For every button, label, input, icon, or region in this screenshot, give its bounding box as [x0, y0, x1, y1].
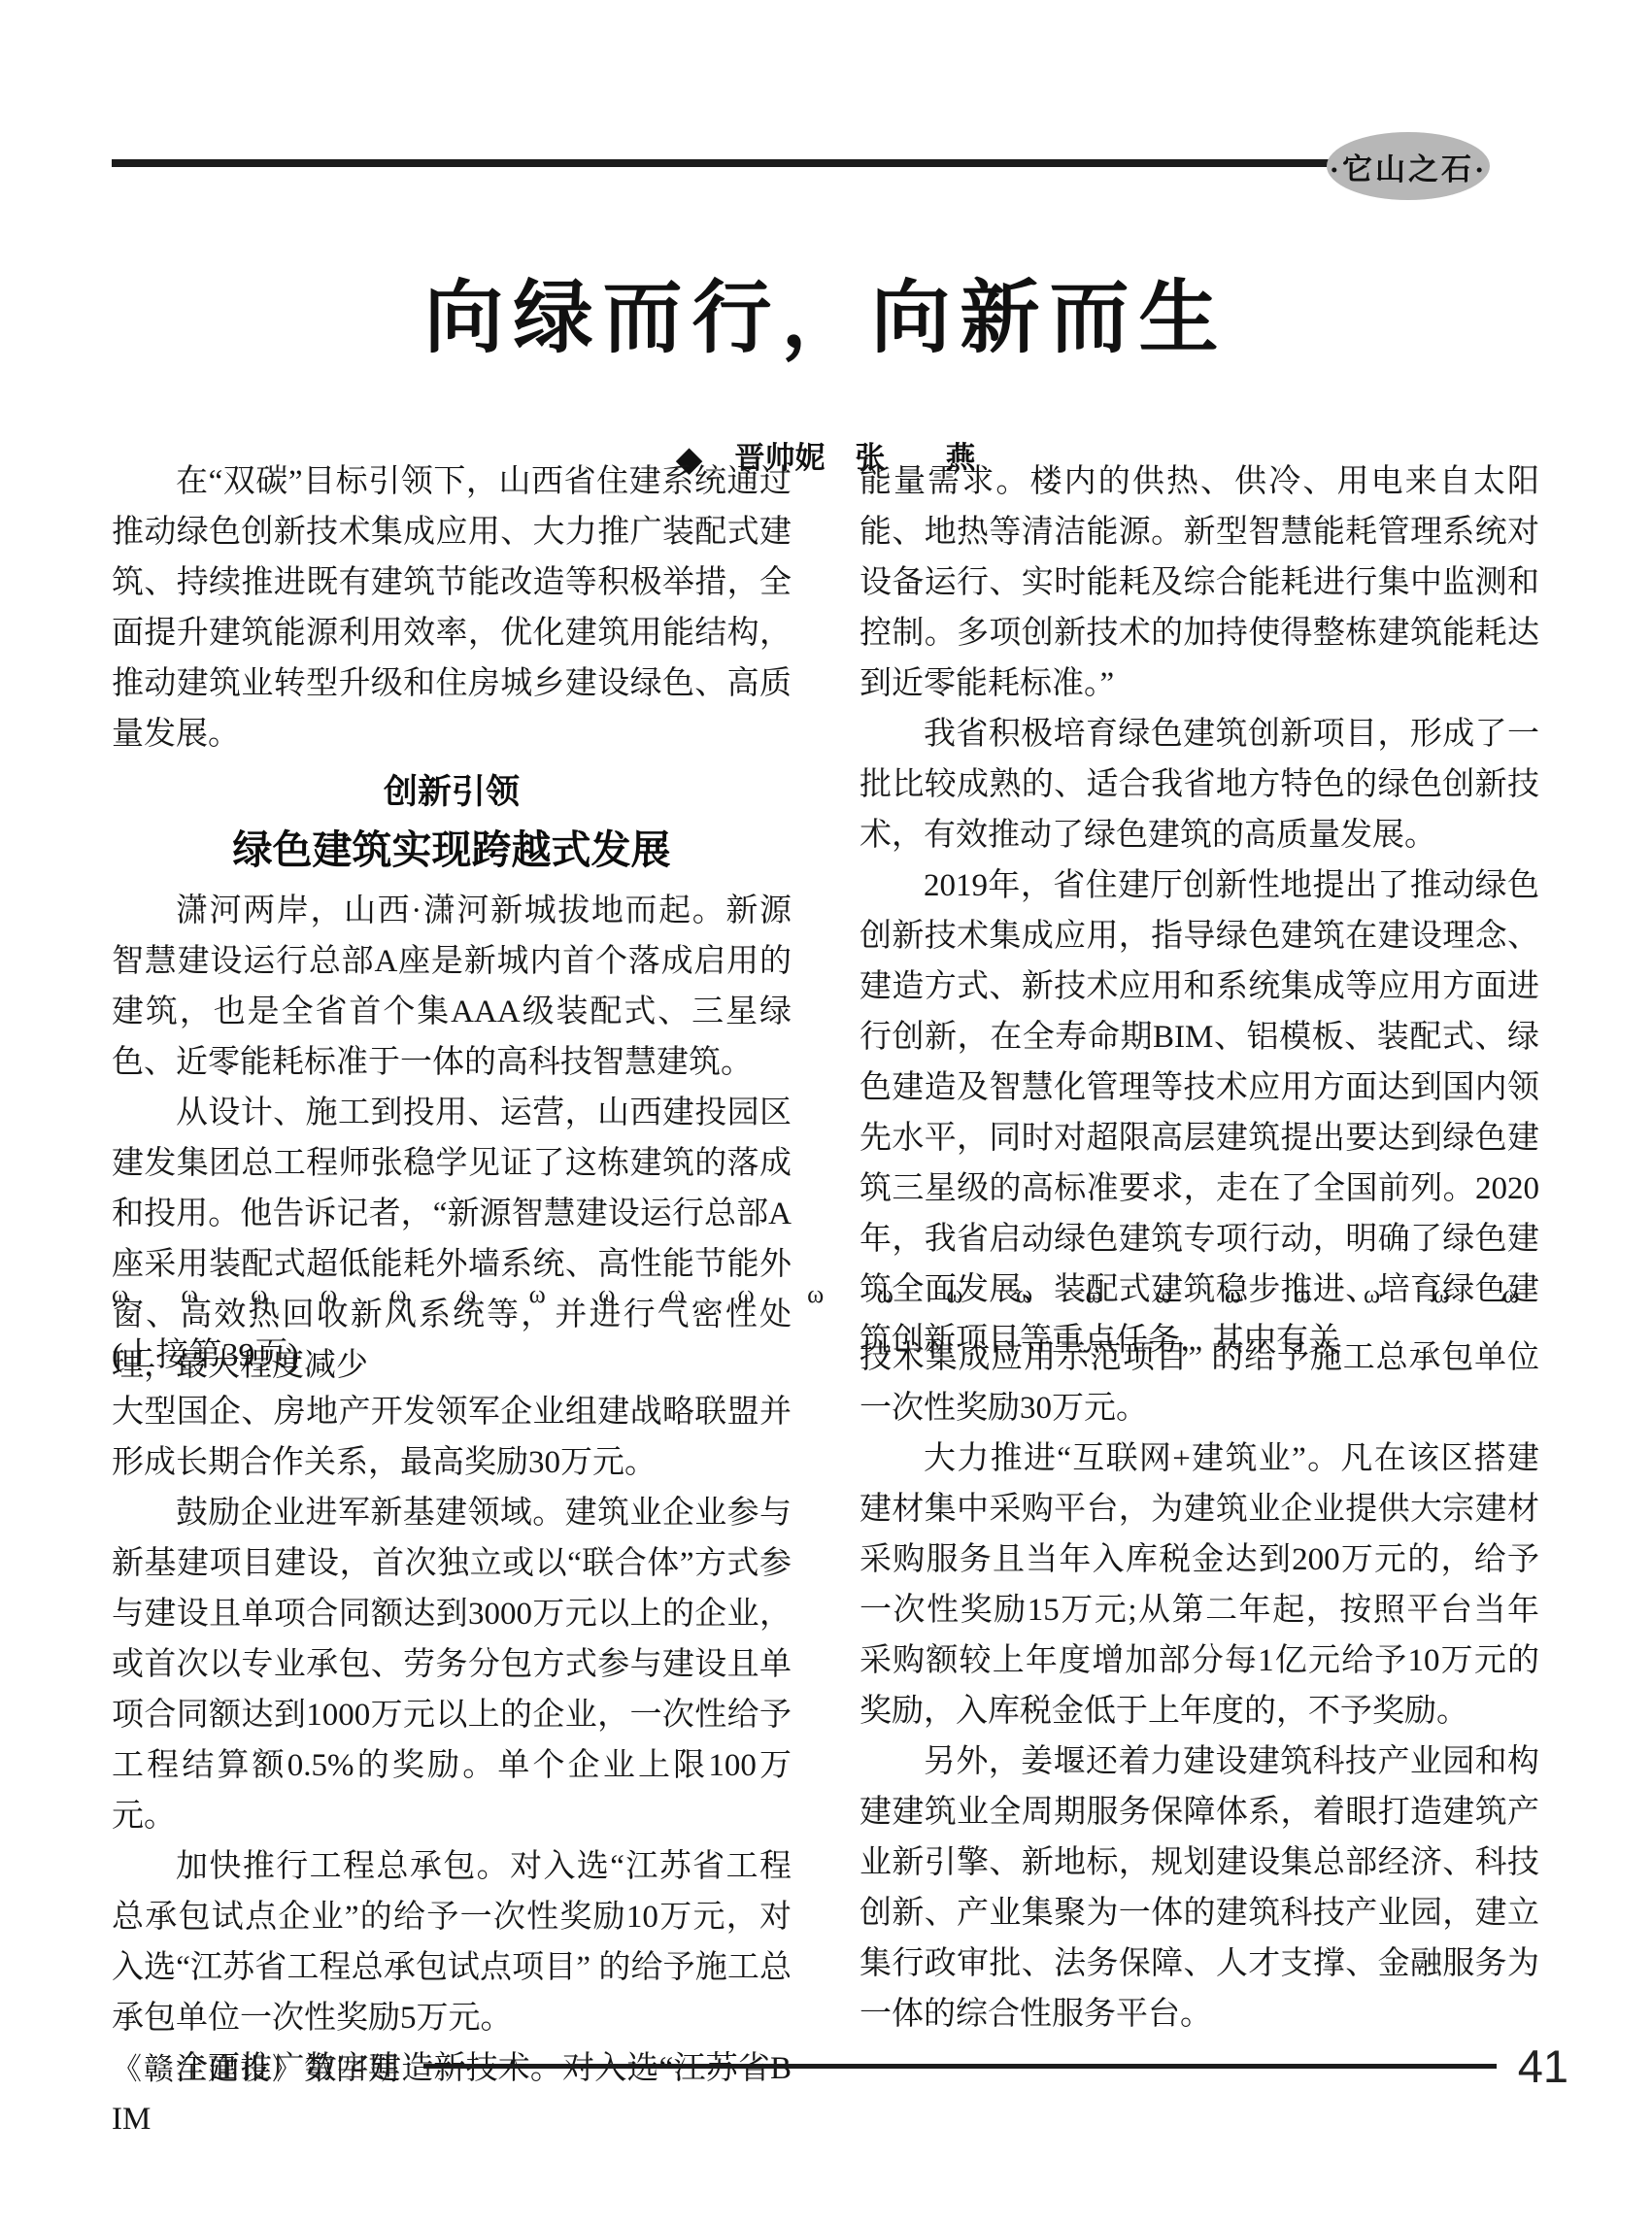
page-footer: 《赣江建设》第四期 41: [112, 2043, 1568, 2089]
paragraph: 另外，姜堰还着力建设建筑科技产业园和构建建筑业全周期服务保障体系，着眼打造建筑产…: [860, 1736, 1539, 2040]
page-number: 41: [1518, 2043, 1568, 2089]
paragraph: 大型国企、房地产开发领军企业组建战略联盟并形成长期合作关系，最高奖励30万元。: [112, 1387, 792, 1488]
paragraph: 大力推进“互联网+建筑业”。凡在该区搭建建材集中采购平台，为建筑业企业提供大宗建…: [860, 1433, 1539, 1736]
magazine-page: ·它山之石· 向绿而行，向新而生 ◆ 晋帅妮 张 燕 在“双碳”目标引领下，山西…: [0, 0, 1652, 2225]
section-badge: ·它山之石·: [1327, 132, 1490, 200]
footer-journal-title: 《赣江建设》第四期: [112, 2044, 400, 2088]
section-heading-big: 绿色建筑实现跨越式发展: [112, 820, 792, 880]
paragraph: 我省积极培育绿色建筑创新项目，形成了一批比较成熟的、适合我省地方特色的绿色创新技…: [860, 709, 1539, 860]
continuation-note: (上接第39页): [112, 1332, 792, 1379]
footer-rule: [423, 2064, 1497, 2069]
ornament-divider: ω ω ω ω ω ω ω ω ω ω ω ω ω ω ω ω ω ω ω ω …: [112, 1280, 1539, 1309]
paragraph: 加快推行工程总承包。对入选“江苏省工程总承包试点企业”的给予一次性奖励10万元，…: [112, 1841, 792, 2043]
bottom-right-column: 技术集成应用示范项目” 的给予施工总承包单位一次性奖励30万元。 大力推进“互联…: [860, 1332, 1539, 2144]
article-bottom-columns: (上接第39页) 大型国企、房地产开发领军企业组建战略联盟并形成长期合作关系，最…: [112, 1332, 1539, 2144]
paragraph: 技术集成应用示范项目” 的给予施工总承包单位一次性奖励30万元。: [860, 1332, 1539, 1433]
paragraph: 潇河两岸，山西·潇河新城拔地而起。新源智慧建设运行总部A座是新城内首个落成启用的…: [112, 886, 792, 1088]
paragraph: 鼓励企业进军新基建领域。建筑业企业参与新基建项目建设，首次独立或以“联合体”方式…: [112, 1488, 792, 1841]
header-rule: [112, 159, 1332, 167]
paragraph: 在“双碳”目标引领下，山西省住建系统通过推动绿色创新技术集成应用、大力推广装配式…: [112, 456, 792, 759]
article-title: 向绿而行，向新而生: [0, 254, 1652, 368]
paragraph: 能量需求。楼内的供热、供冷、用电来自太阳能、地热等清洁能源。新型智慧能耗管理系统…: [860, 456, 1539, 709]
section-badge-label: ·它山之石·: [1330, 145, 1488, 188]
top-right-column: 能量需求。楼内的供热、供冷、用电来自太阳能、地热等清洁能源。新型智慧能耗管理系统…: [860, 456, 1539, 1391]
top-left-column: 在“双碳”目标引领下，山西省住建系统通过推动绿色创新技术集成应用、大力推广装配式…: [112, 456, 792, 1391]
article-top-columns: 在“双碳”目标引领下，山西省住建系统通过推动绿色创新技术集成应用、大力推广装配式…: [112, 456, 1539, 1391]
section-heading-small: 创新引领: [112, 765, 792, 820]
bottom-left-column: (上接第39页) 大型国企、房地产开发领军企业组建战略联盟并形成长期合作关系，最…: [112, 1332, 792, 2144]
